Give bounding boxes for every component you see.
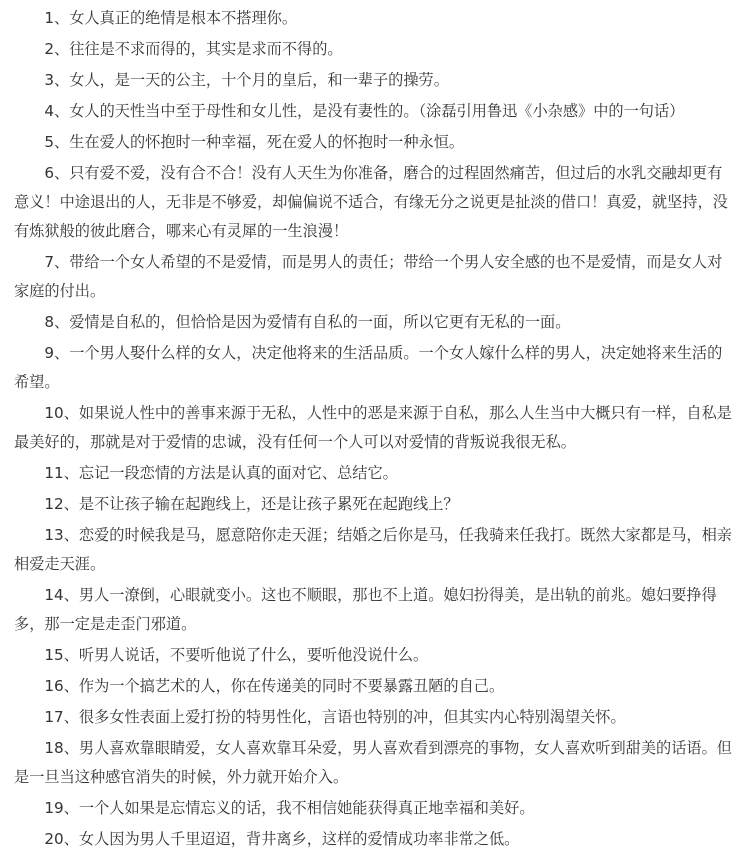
paragraph-3: 3、女人，是一天的公主，十个月的皇后，和一辈子的操劳。 [14, 66, 732, 95]
paragraph-7: 7、带给一个女人希望的不是爱情，而是男人的责任；带给一个男人安全感的也不是爱情，… [14, 248, 732, 306]
paragraph-19: 19、一个人如果是忘情忘义的话，我不相信她能获得真正地幸福和美好。 [14, 794, 732, 823]
paragraph-14: 14、男人一潦倒，心眼就变小。这也不顺眼，那也不上道。媳妇扮得美，是出轨的前兆。… [14, 581, 732, 639]
paragraph-11: 11、忘记一段恋情的方法是认真的面对它、总结它。 [14, 459, 732, 488]
paragraph-8: 8、爱情是自私的，但恰恰是因为爱情有自私的一面，所以它更有无私的一面。 [14, 308, 732, 337]
paragraph-12: 12、是不让孩子输在起跑线上，还是让孩子累死在起跑线上？ [14, 490, 732, 519]
paragraph-1: 1、女人真正的绝情是根本不搭理你。 [14, 4, 732, 33]
paragraph-15: 15、听男人说话，不要听他说了什么，要听他没说什么。 [14, 641, 732, 670]
paragraph-5: 5、生在爱人的怀抱时一种幸福，死在爱人的怀抱时一种永恒。 [14, 128, 732, 157]
paragraph-13: 13、恋爱的时候我是马，愿意陪你走天涯；结婚之后你是马，任我骑来任我打。既然大家… [14, 521, 732, 579]
paragraph-2: 2、往往是不求而得的，其实是求而不得的。 [14, 35, 732, 64]
paragraph-20: 20、女人因为男人千里迢迢，背井离乡，这样的爱情成功率非常之低。 [14, 825, 732, 854]
paragraph-10: 10、如果说人性中的善事来源于无私，人性中的恶是来源于自私，那么人生当中大概只有… [14, 399, 732, 457]
paragraph-6: 6、只有爱不爱，没有合不合！没有人天生为你准备，磨合的过程固然痛苦，但过后的水乳… [14, 159, 732, 246]
paragraph-16: 16、作为一个搞艺术的人，你在传递美的同时不要暴露丑陋的自己。 [14, 672, 732, 701]
paragraph-4: 4、女人的天性当中至于母性和女儿性，是没有妻性的。（涂磊引用鲁迅《小杂感》中的一… [14, 97, 732, 126]
article-body: 1、女人真正的绝情是根本不搭理你。 2、往往是不求而得的，其实是求而不得的。 3… [14, 4, 732, 856]
paragraph-17: 17、很多女性表面上爱打扮的特男性化，言语也特别的冲，但其实内心特别渴望关怀。 [14, 703, 732, 732]
paragraph-9: 9、一个男人娶什么样的女人，决定他将来的生活品质。一个女人嫁什么样的男人，决定她… [14, 339, 732, 397]
paragraph-18: 18、男人喜欢靠眼睛爱，女人喜欢靠耳朵爱，男人喜欢看到漂亮的事物，女人喜欢听到甜… [14, 734, 732, 792]
